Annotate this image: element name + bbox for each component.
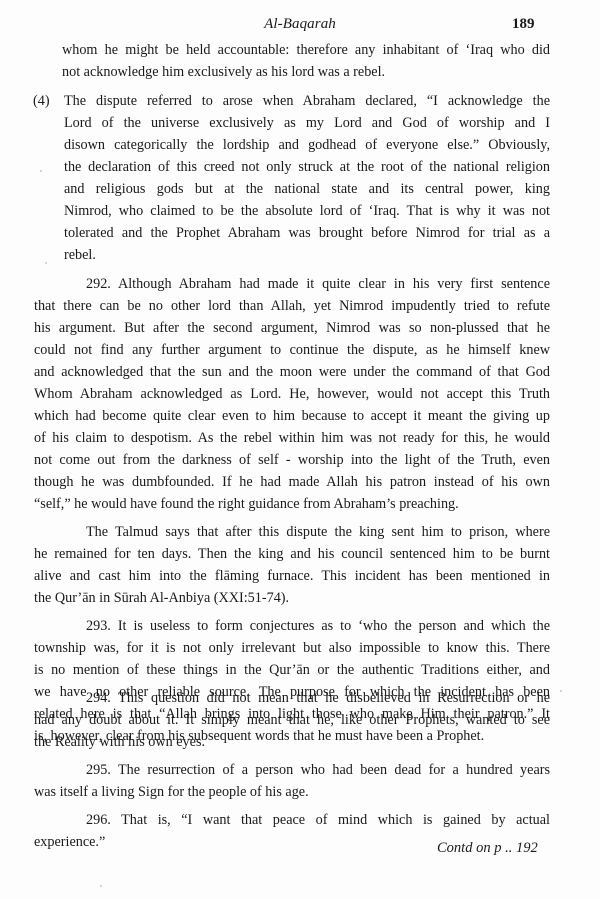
text-line: tolerated and the Prophet Abraham was br… xyxy=(64,223,550,243)
text-line: whom he might be held accountable: there… xyxy=(62,40,550,60)
text-line: and acknowledged that the sun and the mo… xyxy=(34,362,550,382)
text-line: of his claim to despotism. As the rebel … xyxy=(34,428,550,448)
text-line: which had become quite clear even to him… xyxy=(34,406,550,426)
text-line: had any doubt about it. It simply meant … xyxy=(34,710,550,730)
text-line: not come out from the darkness of self -… xyxy=(34,450,550,470)
running-header-title: Al-Baqarah xyxy=(0,16,600,33)
text-line: experience.” xyxy=(34,832,105,852)
text-line: is no mention of these things in the Qur… xyxy=(34,660,550,680)
scan-speck xyxy=(40,170,42,172)
text-line: 294. This question did not mean that he … xyxy=(86,688,550,708)
text-line: not acknowledge him exclusively as his l… xyxy=(62,62,385,82)
text-line: Whom Abraham acknowledged as Lord. He, h… xyxy=(34,384,550,404)
scan-speck xyxy=(45,262,47,264)
text-line: “self,” he would have found the right gu… xyxy=(34,494,459,514)
text-line: Nimrod, who claimed to be the absolute l… xyxy=(64,201,550,221)
text-line: Lord of the universe exclusively as my L… xyxy=(64,113,550,133)
text-line: disown categorically the lordship and go… xyxy=(64,135,550,155)
text-line: he remained for ten days. Then the king … xyxy=(34,544,550,564)
text-line: alive and cast him into the flāming furn… xyxy=(34,566,550,586)
text-line: 293. It is useless to form conjectures a… xyxy=(86,616,550,636)
scan-speck xyxy=(100,885,102,887)
text-line: though he was dumbfounded. If he had mad… xyxy=(34,472,550,492)
text-line: rebel. xyxy=(64,245,96,265)
text-line: and religious gods but at the national s… xyxy=(64,179,550,199)
text-line: his argument. But after the second argum… xyxy=(34,318,550,338)
text-line: The dispute referred to arose when Abrah… xyxy=(64,91,550,111)
text-line: the declaration of this creed not only s… xyxy=(64,157,550,177)
text-line: the Reality with his own eyes. xyxy=(34,732,205,752)
note-number: (4) xyxy=(33,91,50,111)
scan-speck xyxy=(560,690,562,692)
text-line: 296. That is, “I want that peace of mind… xyxy=(86,810,550,830)
text-line: that there can be no other lord than All… xyxy=(34,296,550,316)
book-page: Al-Baqarah 189 whom he might be held acc… xyxy=(0,0,600,899)
continued-on-note: Contd on p .. 192 xyxy=(437,840,538,857)
text-line: 295. The resurrection of a person who ha… xyxy=(86,760,550,780)
text-line: 292. Although Abraham had made it quite … xyxy=(86,274,550,294)
text-line: the Qur’ān in Sūrah Al-Anbiya (XXI:51-74… xyxy=(34,588,289,608)
text-line: was itself a living Sign for the people … xyxy=(34,782,309,802)
text-line: could not find any further argument to c… xyxy=(34,340,550,360)
text-line: The Talmud says that after this dispute … xyxy=(86,522,550,542)
text-line: township was, for it is not only irrelev… xyxy=(34,638,550,658)
page-number: 189 xyxy=(512,16,535,33)
